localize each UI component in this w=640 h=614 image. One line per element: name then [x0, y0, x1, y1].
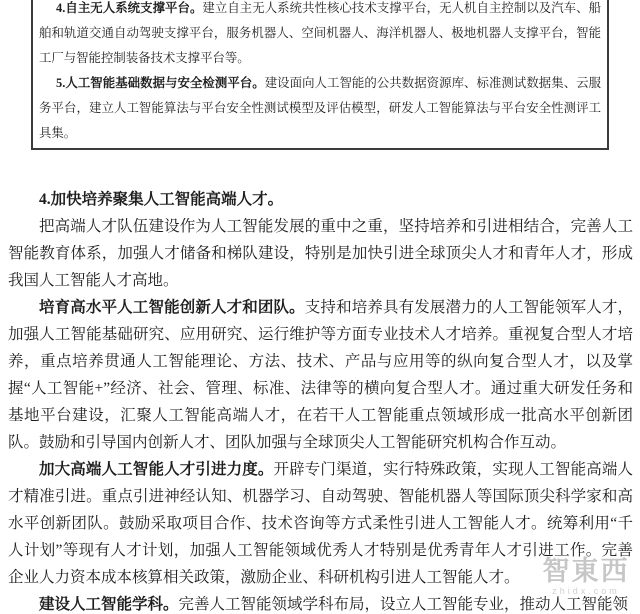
document-body: 4.加快培养聚集人工智能高端人才。 把高端人才队伍建设作为人工智能发展的重中之重…	[8, 186, 633, 614]
paragraph-lead: 5.人工智能基础数据与安全检测平台。	[56, 76, 265, 90]
paragraph-text: 支持和培养具有发展潜力的人工智能领军人才，加强人工智能基础研究、应用研究、运行维…	[8, 299, 633, 451]
excerpt-box: 4.自主无人系统支撑平台。建立自主无人系统共性核心技术支撑平台，无人机自主控制以…	[31, 0, 609, 150]
document-paragraph: 建设人工智能学科。完善人工智能领域学科布局，设立人工智能专业，推动人工智能领	[8, 591, 633, 614]
paragraph-lead: 建设人工智能学科。	[39, 596, 179, 613]
document-paragraph: 把高端人才队伍建设作为人工智能发展的重中之重，坚持培养和引进相结合，完善人工智能…	[8, 213, 633, 294]
paragraph-text: 把高端人才队伍建设作为人工智能发展的重中之重，坚持培养和引进相结合，完善人工智能…	[8, 218, 633, 289]
section-heading: 4.加快培养聚集人工智能高端人才。	[8, 186, 633, 213]
document-paragraph: 培育高水平人工智能创新人才和团队。支持和培养具有发展潜力的人工智能领军人才，加强…	[8, 294, 633, 456]
paragraph-lead: 4.自主无人系统支撑平台。	[56, 1, 202, 15]
paragraph-lead: 加大高端人工智能人才引进力度。	[39, 461, 274, 478]
paragraph-text: 完善人工智能领域学科布局，设立人工智能专业，推动人工智能领	[179, 596, 629, 613]
excerpt-box-paragraphs: 4.自主无人系统支撑平台。建立自主无人系统共性核心技术支撑平台，无人机自主控制以…	[39, 0, 601, 146]
excerpt-paragraph: 4.自主无人系统支撑平台。建立自主无人系统共性核心技术支撑平台，无人机自主控制以…	[39, 0, 601, 71]
document-paragraphs: 把高端人才队伍建设作为人工智能发展的重中之重，坚持培养和引进相结合，完善人工智能…	[8, 213, 633, 614]
paragraph-text: 开辟专门渠道，实行特殊政策，实现人工智能高端人才精准引进。重点引进神经认知、机器…	[8, 461, 633, 586]
paragraph-lead: 培育高水平人工智能创新人才和团队。	[39, 299, 305, 316]
excerpt-paragraph: 5.人工智能基础数据与安全检测平台。建设面向人工智能的公共数据资源库、标准测试数…	[39, 71, 601, 146]
document-paragraph: 加大高端人工智能人才引进力度。开辟专门渠道，实行特殊政策，实现人工智能高端人才精…	[8, 456, 633, 591]
